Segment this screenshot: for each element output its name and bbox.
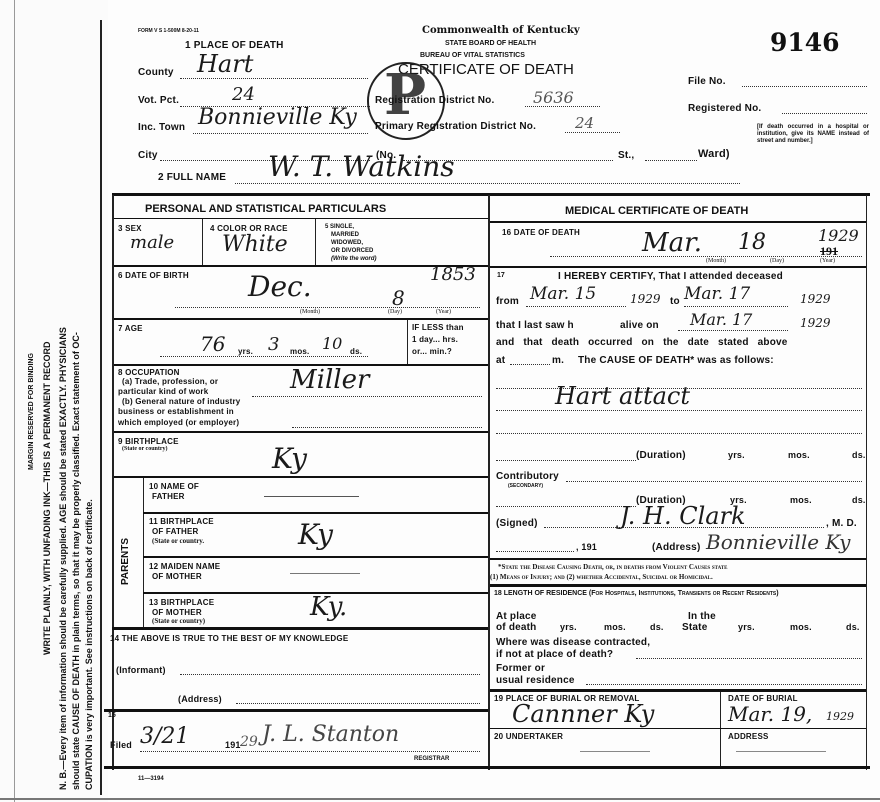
registered-no-line — [782, 113, 867, 114]
cause-value: Hart attact — [555, 382, 690, 410]
father-birthplace-label-2: OF FATHER — [152, 527, 199, 536]
personal-title-rule — [114, 218, 488, 219]
instructions-line-2: should state CAUSE OF DEATH in plain ter… — [71, 332, 81, 790]
instructions-line-1: N. B.—Every item of information should b… — [58, 327, 68, 790]
father-birthplace-label-3: (State or country. — [152, 537, 204, 545]
instructions-line-3: CUPATION is very important. See instruct… — [84, 499, 94, 790]
page-bottom-edge — [0, 798, 880, 800]
res-ds-2: ds. — [846, 622, 860, 632]
at-line — [510, 364, 550, 365]
vot-pct-value: 24 — [232, 84, 255, 105]
dob-label: 6 DATE OF BIRTH — [118, 271, 189, 280]
last-saw-date: Mar. 17 — [690, 310, 752, 329]
commonwealth-title: Commonwealth of Kentucky — [422, 25, 580, 36]
registered-no-label: Registered No. — [688, 103, 761, 114]
if-less-line-2: 1 day... hrs. — [412, 335, 458, 344]
ward-label: Ward) — [698, 148, 730, 160]
contracted-label-1: Where was disease contracted, — [496, 637, 650, 648]
father-name-label-2: FATHER — [152, 492, 185, 501]
filed-label: Filed — [110, 740, 132, 750]
at-place-label: At place — [496, 611, 537, 622]
state-board: STATE BOARD OF HEALTH — [445, 40, 536, 47]
margin-strip: MARGIN RESERVED FOR BINDING WRITE PLAINL… — [0, 0, 108, 802]
sex-race-divider — [202, 219, 203, 265]
father-birthplace-value: Ky — [298, 518, 333, 551]
duration-line-1 — [496, 460, 636, 461]
occupation-value: Miller — [290, 365, 369, 395]
marital-label-2: MARRIED — [331, 232, 359, 238]
informant-statement: 14 THE ABOVE IS TRUE TO THE BEST OF MY K… — [110, 634, 348, 643]
marital-label-4: OR DIVORCED — [331, 248, 373, 254]
mother-name-label-2: OF MOTHER — [152, 572, 202, 581]
age-less-divider — [407, 320, 408, 364]
dob-year-caption: (Year) — [436, 309, 451, 315]
last-saw-label: that I last saw h — [496, 320, 574, 331]
attended-to-year: 1929 — [800, 292, 831, 306]
in-the-label: In the — [688, 611, 716, 622]
form-code: 11—3194 — [138, 776, 164, 782]
death-month-caption: (Month) — [706, 258, 726, 264]
row-8-rule — [114, 431, 488, 433]
of-death-label: of death — [496, 622, 537, 633]
age-years-value: 76 — [200, 332, 225, 356]
informant-address-line — [236, 703, 480, 704]
left-border — [112, 195, 114, 770]
form-bottom-rule — [104, 766, 870, 769]
registration-district-value: 5636 — [533, 88, 574, 107]
parents-divider — [143, 478, 144, 628]
cause-text: The CAUSE OF DEATH* was as follows: — [578, 355, 774, 366]
primary-registration-value: 24 — [575, 114, 594, 132]
duration-mos-1: mos. — [788, 450, 810, 460]
parents-label: PARENTS — [120, 538, 131, 585]
res-yrs-1: yrs. — [560, 622, 577, 632]
date-of-death-label: 16 DATE OF DEATH — [502, 228, 580, 237]
filed-year-value: 29 — [240, 734, 258, 750]
county-value: Hart — [197, 50, 253, 78]
signature-bottom-rule — [490, 558, 866, 560]
margin-inner-line — [100, 20, 102, 795]
burial-mid-rule — [490, 728, 866, 729]
bureau: BUREAU OF VITAL STATISTICS — [420, 52, 525, 59]
res-ds-1: ds. — [650, 622, 664, 632]
inc-town-label: Inc. Town — [138, 122, 185, 133]
birthplace-label: 9 BIRTHPLACE — [118, 437, 179, 446]
death-year-value: 1929 — [818, 226, 859, 245]
sex-value: male — [130, 232, 174, 253]
undertaker-dash — [580, 751, 650, 752]
physician-address-value: Bonnieville Ky — [706, 530, 850, 554]
duration-ds-1: ds. — [852, 450, 866, 460]
age-label: 7 AGE — [118, 324, 143, 333]
marital-label-5: (Write the word) — [331, 256, 377, 262]
duration-mos-2: mos. — [790, 495, 812, 505]
informant-address-label: (Address) — [178, 694, 222, 704]
death-month-value: Mar. — [642, 228, 702, 258]
contracted-label-2: if not at place of death? — [496, 649, 613, 660]
occupation-b-1: (b) General nature of industry — [122, 397, 240, 406]
ward-line — [645, 160, 697, 161]
signed-date-prefix: , 191 — [576, 542, 597, 552]
last-saw-year: 1929 — [800, 316, 831, 330]
certify-number: 17 — [497, 272, 505, 279]
full-name-label: 2 FULL NAME — [158, 172, 226, 183]
occupation-b-3: which employed (or employer) — [118, 418, 239, 427]
full-name-line — [235, 183, 740, 184]
full-name-value: W. T. Watkins — [268, 150, 455, 183]
personal-section-title: PERSONAL AND STATISTICAL PARTICULARS — [145, 203, 386, 215]
mother-birthplace-label-1: 13 BIRTHPLACE — [149, 598, 214, 607]
duration-yrs-1: yrs. — [728, 450, 745, 460]
marital-label-1: 5 SINGLE, — [325, 224, 354, 230]
hospital-note: [If death occurred in a hospital or inst… — [757, 124, 869, 145]
registrar-label: REGISTRAR — [414, 756, 449, 762]
primary-registration-label: Primary Registration District No. — [375, 121, 536, 132]
medical-section-title: MEDICAL CERTIFICATE OF DEATH — [565, 205, 748, 217]
duration-label-1: (Duration) — [636, 450, 686, 461]
father-name-label-1: 10 NAME OF — [149, 482, 199, 491]
birthplace-value: Ky — [272, 442, 307, 475]
contributory-label: Contributory — [496, 471, 559, 482]
signed-label: (Signed) — [496, 518, 538, 529]
age-days-value: 10 — [322, 334, 342, 353]
registration-district-label: Registration District No. — [375, 95, 494, 106]
to-label: to — [670, 296, 680, 307]
informant-line — [180, 674, 480, 675]
registrar-signature: J. L. Stanton — [262, 722, 399, 747]
medical-title-rule — [490, 221, 866, 223]
age-months-value: 3 — [268, 334, 279, 355]
mother-birthplace-value: Ky. — [310, 592, 347, 622]
occupation-a-2: particular kind of work — [118, 387, 208, 396]
street-label: St., — [618, 150, 634, 161]
filed-line — [140, 751, 480, 752]
state-label: State — [682, 622, 707, 633]
mother-birthplace-label-2: OF MOTHER — [152, 608, 202, 617]
attended-from-value: Mar. 15 — [530, 284, 596, 304]
certify-text: I HEREBY CERTIFY, That I attended deceas… — [558, 271, 783, 282]
row-6-rule — [114, 318, 488, 320]
if-less-line-3: or... min.? — [412, 347, 452, 356]
footnote-bottom-rule — [490, 584, 866, 587]
filed-year-prefix: 191 — [225, 740, 241, 750]
marital-label-3: WIDOWED, — [331, 240, 363, 246]
father-name-dash — [264, 496, 359, 497]
occupation-a-line — [252, 396, 482, 397]
undertaker-address-dash — [736, 751, 826, 752]
form-number: FORM V S 1-500M 8-20-11 — [138, 28, 199, 34]
burial-date-value: Mar. 19, — [728, 702, 812, 726]
father-birthplace-label-1: 11 BIRTHPLACE — [149, 517, 214, 526]
file-no-label: File No. — [688, 76, 726, 87]
inc-town-value: Bonnieville Ky — [198, 105, 357, 130]
residence-bottom-rule — [490, 689, 866, 692]
age-days-label: ds. — [350, 347, 362, 356]
dob-day-caption: (Day) — [388, 309, 402, 315]
dob-month-caption: (Month) — [300, 309, 320, 315]
age-months-label: mos. — [290, 347, 309, 356]
age-years-label: yrs. — [238, 347, 253, 356]
res-yrs-2: yrs. — [738, 622, 755, 632]
inc-town-line — [193, 133, 368, 134]
former-label-1: Former or — [496, 663, 545, 674]
duration-line-2 — [496, 506, 636, 507]
row-10-rule — [143, 512, 488, 514]
burial-date-year: 1929 — [826, 710, 854, 723]
cause-line-3 — [496, 433, 862, 434]
physician-signature: J. H. Clark — [620, 502, 746, 530]
race-value: White — [222, 232, 288, 257]
row-11-rule — [143, 556, 488, 558]
from-label: from — [496, 296, 519, 307]
death-date-line — [550, 256, 862, 257]
occupation-label: 8 OCCUPATION — [118, 368, 180, 377]
center-divider — [488, 195, 490, 770]
md-label: , M. D. — [826, 518, 857, 529]
m-label: m. — [552, 355, 564, 366]
filed-date-value: 3/21 — [140, 724, 189, 749]
mother-name-dash — [290, 573, 360, 574]
mother-birthplace-label-3: (State or country) — [152, 617, 205, 625]
footnote-line-2: (1) Means of Injury; and (2) whether Acc… — [490, 573, 713, 581]
last-saw-line — [678, 330, 788, 331]
birthplace-sub: (State or country) — [122, 446, 168, 452]
alive-on-label: alive on — [620, 320, 659, 331]
at-label: at — [496, 355, 505, 366]
attended-to-value: Mar. 17 — [684, 284, 750, 304]
res-mos-1: mos. — [604, 622, 626, 632]
filing-number: 15 — [108, 712, 116, 719]
signed-date-line — [496, 551, 574, 552]
parents-bottom-rule — [112, 627, 488, 630]
occurred-text: and that death occurred on the date stat… — [496, 337, 788, 348]
row-9-rule — [114, 476, 488, 478]
undertaker-label: 20 UNDERTAKER — [494, 732, 563, 741]
undertaker-address-label: ADDRESS — [728, 732, 769, 741]
death-day-caption: (Day) — [770, 258, 784, 264]
occupation-a-1: (a) Trade, profession, or — [122, 377, 218, 386]
burial-divider — [720, 692, 721, 766]
primary-registration-line — [565, 132, 620, 133]
city-label: City — [138, 150, 158, 161]
res-mos-2: mos. — [790, 622, 812, 632]
footnote-line-1: *State the Disease Causing Death, or, in… — [498, 563, 728, 571]
physician-address-label: (Address) — [652, 542, 700, 553]
right-border — [866, 195, 867, 770]
death-year-caption: (Year) — [820, 258, 835, 264]
cause-line-2 — [496, 410, 862, 411]
occupation-b-line — [292, 427, 482, 428]
binding-note: MARGIN RESERVED FOR BINDING — [28, 353, 35, 470]
attended-to-line — [684, 306, 788, 307]
mother-name-label-1: 12 MAIDEN NAME — [149, 562, 220, 571]
former-label-2: usual residence — [496, 675, 575, 686]
race-marital-divider — [315, 219, 316, 265]
former-line — [586, 684, 862, 685]
margin-edge-line — [14, 0, 15, 802]
file-no-line — [742, 86, 867, 87]
informant-label: (Informant) — [116, 665, 166, 675]
county-label: County — [138, 67, 174, 78]
row-16-rule — [490, 266, 866, 268]
age-line — [160, 356, 368, 357]
occupation-b-2: business or establishment in — [118, 407, 234, 416]
duration-ds-2: ds. — [852, 495, 866, 505]
county-line — [180, 78, 368, 79]
divider-top — [112, 193, 870, 196]
dob-year-value: 1853 — [430, 264, 476, 285]
attended-from-line — [526, 306, 626, 307]
vot-pct-label: Vot. Pct. — [138, 95, 179, 106]
dob-line — [175, 307, 480, 308]
residence-label: 18 LENGTH OF RESIDENCE (For Hospitals, I… — [494, 589, 864, 598]
burial-place-value: Cannner Ky — [512, 700, 654, 728]
attended-from-year: 1929 — [630, 292, 661, 306]
contracted-line — [636, 658, 862, 659]
contributory-line — [566, 481, 862, 482]
write-plainly-note: WRITE PLAINLY, WITH UNFADING INK—THIS IS… — [42, 341, 52, 655]
death-day-value: 18 — [738, 230, 766, 255]
secondary-label: (SECONDARY) — [508, 483, 543, 489]
dob-month-value: Dec. — [248, 270, 312, 303]
if-less-line-1: IF LESS than — [412, 323, 464, 332]
certificate-number: 9146 — [770, 28, 840, 57]
informant-bottom-rule — [104, 709, 488, 712]
